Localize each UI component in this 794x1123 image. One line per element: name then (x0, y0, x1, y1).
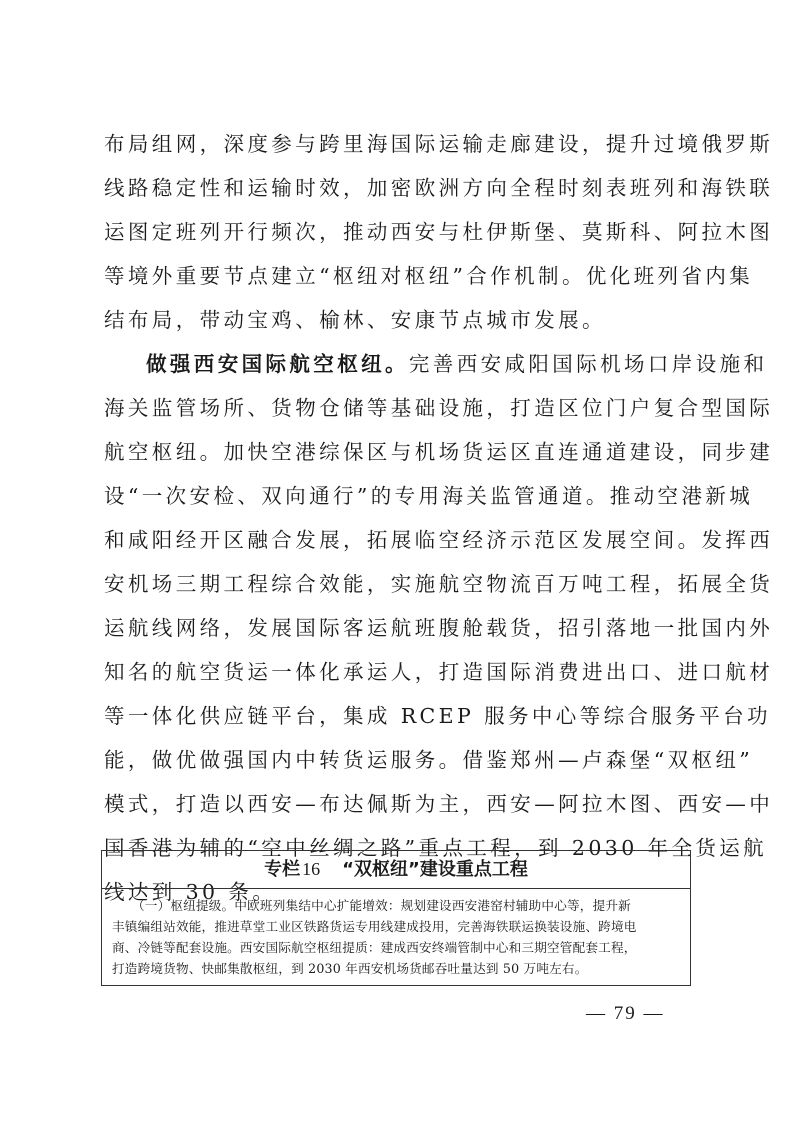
text-line: 结布局，带动宝鸡、榆林、安康节点城市发展。 (104, 307, 692, 333)
text-line: 模式，打造以西安—布达佩斯为主，西安—阿拉木图、西安—中 (104, 791, 692, 817)
box-text-line: 商、冷链等配套设施。西安国际航空枢纽提质：建成西安终端管制中心和三期空管配套工程… (112, 938, 637, 958)
box-text-line: 打造跨境货物、快邮集散枢纽，到 2030 年西安机场货邮吞吐量达到 50 万吨左… (112, 959, 588, 979)
box-title-number: 16 (302, 859, 320, 879)
box-title-text: “双枢纽”建设重点工程 (342, 859, 528, 880)
text-line: 知名的航空货运一体化承运人，打造国际消费进出口、进口航材 (104, 659, 692, 685)
text-line: 航空枢纽。加快空港综保区与机场货运区直连通道建设，同步建 (104, 439, 692, 465)
text-line: 布局组网，深度参与跨里海国际运输走廊建设，提升过境俄罗斯 (104, 131, 692, 157)
text-line: 和咸阳经开区融合发展，拓展临空经济示范区发展空间。发挥西 (104, 527, 692, 553)
box-title: 专栏16“双枢纽”建设重点工程 (102, 851, 690, 889)
feature-box: 专栏16“双枢纽”建设重点工程 （一）枢纽提级。中欧班列集结中心扩能增效：规划建… (101, 850, 691, 986)
box-title-prefix: 专栏 (264, 859, 300, 880)
page-number: — 79 — (586, 1003, 665, 1025)
text-line: 海关监管场所、货物仓储等基础设施，打造区位门户复合型国际 (104, 395, 692, 421)
paragraph-heading: 做强西安国际航空枢纽。 (146, 352, 409, 376)
box-text-line: 丰镇编组站效能，推进草堂工业区铁路货运专用线建成投用，完善海铁联运换装设施、跨境… (112, 917, 637, 937)
text-line: 运航线网络，发展国际客运航班腹舱载货，招引落地一批国内外 (104, 615, 692, 641)
text-span: 完善西安咸阳国际机场口岸设施和 (409, 352, 768, 376)
text-line: 安机场三期工程综合效能，实施航空物流百万吨工程，拓展全货 (104, 571, 692, 597)
text-line: 做强西安国际航空枢纽。完善西安咸阳国际机场口岸设施和 (146, 351, 692, 377)
text-line: 线路稳定性和运输时效，加密欧洲方向全程时刻表班列和海铁联 (104, 175, 692, 201)
text-line: 等境外重要节点建立“枢纽对枢纽”合作机制。优化班列省内集 (104, 263, 692, 289)
text-line: 设“一次安检、双向通行”的专用海关监管通道。推动空港新城 (104, 483, 692, 509)
text-line: 运图定班列开行频次，推动西安与杜伊斯堡、莫斯科、阿拉木图 (104, 219, 692, 245)
text-line: 等一体化供应链平台，集成 RCEP 服务中心等综合服务平台功 (104, 703, 692, 729)
box-text-line: （一）枢纽提级。中欧班列集结中心扩能增效：规划建设西安港窑村辅助中心等，提升新 (132, 896, 631, 916)
text-line: 能，做优做强国内中转货运服务。借鉴郑州—卢森堡“双枢纽” (104, 747, 692, 773)
